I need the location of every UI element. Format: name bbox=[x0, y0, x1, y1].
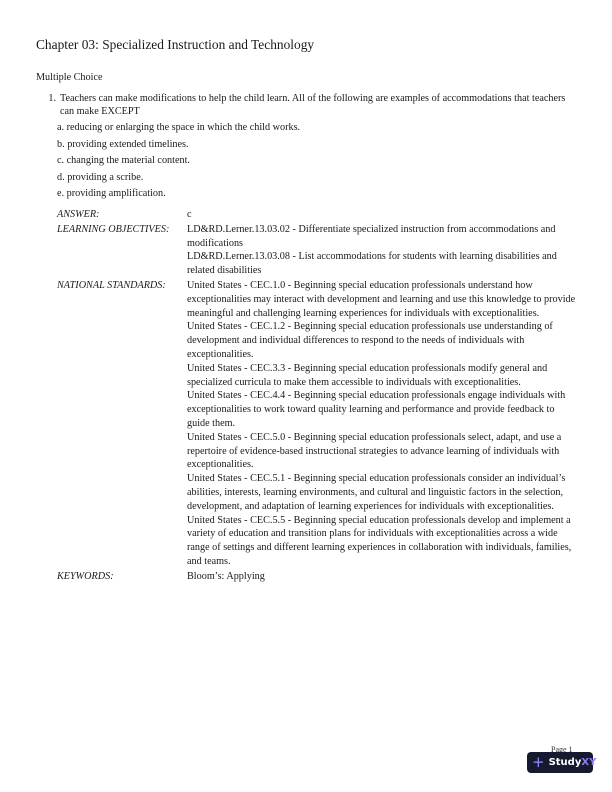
answer-value: c bbox=[187, 208, 577, 222]
section-label: Multiple Choice bbox=[36, 72, 103, 83]
keywords-value: Bloom’s: Applying bbox=[187, 570, 577, 584]
objectives-row: LEARNING OBJECTIVES: LD&RD.Lerner.13.03.… bbox=[57, 223, 577, 278]
objective-item: LD&RD.Lerner.13.03.08 - List accommodati… bbox=[187, 250, 577, 278]
brand-study: Study bbox=[549, 757, 582, 768]
plus-icon: + bbox=[532, 755, 545, 770]
option-e: e. providing amplification. bbox=[57, 186, 580, 203]
question-1: 1. Teachers can make modifications to he… bbox=[40, 92, 580, 203]
option-a: a. reducing or enlarging the space in wh… bbox=[57, 120, 580, 137]
option-c: c. changing the material content. bbox=[57, 153, 580, 170]
question-text: Teachers can make modifications to help … bbox=[60, 92, 580, 118]
objective-item: LD&RD.Lerner.13.03.02 - Differentiate sp… bbox=[187, 223, 577, 251]
standard-item: United States - CEC.5.1 - Beginning spec… bbox=[187, 472, 577, 513]
keywords-label: KEYWORDS: bbox=[57, 570, 187, 584]
objectives-label: LEARNING OBJECTIVES: bbox=[57, 223, 187, 278]
studyxy-badge[interactable]: + Study XY bbox=[527, 752, 593, 773]
standards-label: NATIONAL STANDARDS: bbox=[57, 279, 187, 569]
standard-item: United States - CEC.3.3 - Beginning spec… bbox=[187, 362, 577, 390]
standards-row: NATIONAL STANDARDS: United States - CEC.… bbox=[57, 279, 577, 569]
options-list: a. reducing or enlarging the space in wh… bbox=[57, 120, 580, 203]
keywords-row: KEYWORDS: Bloom’s: Applying bbox=[57, 570, 577, 584]
option-b: b. providing extended timelines. bbox=[57, 137, 580, 154]
standard-item: United States - CEC.5.0 - Beginning spec… bbox=[187, 431, 577, 472]
question-metadata: ANSWER: c LEARNING OBJECTIVES: LD&RD.Ler… bbox=[57, 208, 577, 585]
answer-row: ANSWER: c bbox=[57, 208, 577, 222]
option-d: d. providing a scribe. bbox=[57, 170, 580, 187]
question-number: 1. bbox=[40, 92, 60, 118]
brand-xy: XY bbox=[581, 757, 596, 768]
standard-item: United States - CEC.1.0 - Beginning spec… bbox=[187, 279, 577, 320]
answer-label: ANSWER: bbox=[57, 208, 187, 222]
chapter-title: Chapter 03: Specialized Instruction and … bbox=[36, 37, 314, 53]
standard-item: United States - CEC.5.5 - Beginning spec… bbox=[187, 514, 577, 569]
standard-item: United States - CEC.1.2 - Beginning spec… bbox=[187, 320, 577, 361]
standard-item: United States - CEC.4.4 - Beginning spec… bbox=[187, 389, 577, 430]
